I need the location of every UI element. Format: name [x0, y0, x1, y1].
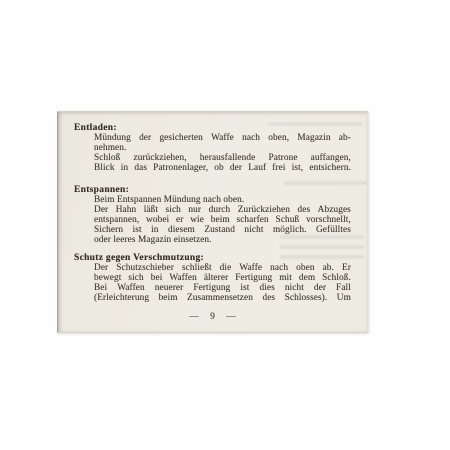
paragraph: MündungdergesichertenWaffenachoben,Magaz… — [74, 133, 351, 153]
text-line: entspannen,wobeierwiebeimscharfenSchußvo… — [94, 215, 351, 225]
paragraph: DerSchutzschieberschließtdieWaffenachobe… — [74, 263, 351, 303]
text-line: Schloßzurückziehen,herausfallendePatrone… — [94, 153, 351, 163]
paragraph: Beim Entspannen Mündung nach oben. — [74, 195, 351, 205]
paragraph: Schloßzurückziehen,herausfallendePatrone… — [74, 153, 351, 173]
page-content: Entladen: MündungdergesichertenWaffenach… — [74, 123, 351, 322]
text-line: DerSchutzschieberschließtdieWaffenachobe… — [94, 263, 351, 273]
text-line: BlickindasPatronenlager,obderLauffreiist… — [94, 163, 351, 173]
section-heading-entladen: Entladen: — [74, 123, 351, 133]
section-schutz-gegen-verschmutzung: Schutz gegen Verschmutzung: DerSchutzsch… — [74, 253, 351, 303]
section-entspannen: Entspannen: Beim Entspannen Mündung nach… — [74, 185, 351, 245]
text-line: (ErleichterungbeimZusammensetzendesSchlo… — [94, 293, 351, 303]
text-line: nehmen. — [94, 143, 351, 153]
page-number: — 9 — — [74, 312, 351, 322]
text-line: Beim Entspannen Mündung nach oben. — [94, 195, 351, 205]
text-line: MündungdergesichertenWaffenachoben,Magaz… — [94, 133, 351, 143]
text-line: SichernistindiesemZustandnichtmöglich.Ge… — [94, 225, 351, 235]
paragraph: DerHahnläßtsichnurdurchZurückziehendesAb… — [74, 205, 351, 245]
text-line: DerHahnläßtsichnurdurchZurückziehendesAb… — [94, 205, 351, 215]
text-line: BeiWaffenneuererFertigungistdiesnichtder… — [94, 283, 351, 293]
section-heading-entspannen: Entspannen: — [74, 185, 351, 195]
text-line: bewegtsichbeiWaffenältererFertigungmitde… — [94, 273, 351, 283]
section-entladen: Entladen: MündungdergesichertenWaffenach… — [74, 123, 351, 173]
document-page: Entladen: MündungdergesichertenWaffenach… — [57, 111, 368, 333]
text-line: oder leeres Magazin einsetzen. — [94, 235, 351, 245]
section-heading-schutz: Schutz gegen Verschmutzung: — [74, 253, 351, 263]
scan-background: Entladen: MündungdergesichertenWaffenach… — [0, 0, 450, 450]
